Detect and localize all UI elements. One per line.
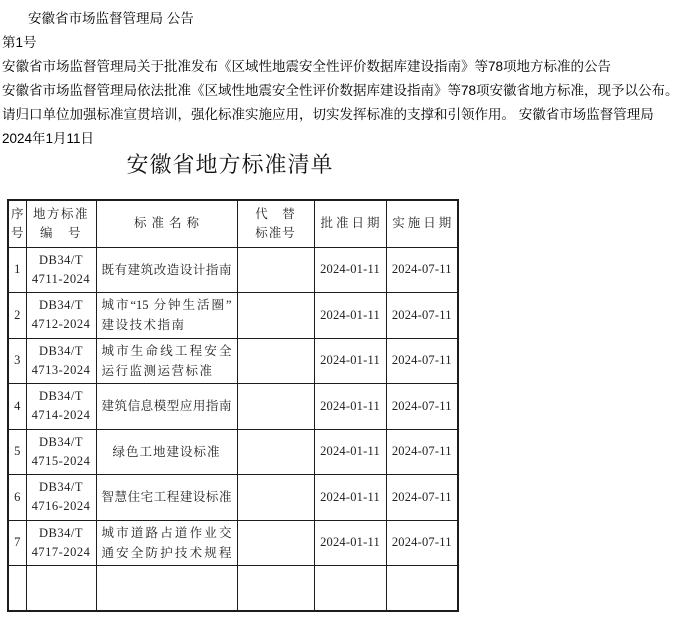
table-row: 4DB34/T4714-2024建筑信息模型应用指南2024-01-112024…	[8, 384, 458, 430]
notice-subject: 安徽省市场监督管理局关于批准发布《区域性地震安全性评价数据库建设指南》等78项地…	[2, 55, 697, 79]
code-cell	[26, 566, 96, 612]
standards-table-header: 序号地方标准编 号标准名称代 替标准号批准日期实施日期	[8, 200, 458, 247]
replaced-cell	[237, 475, 314, 521]
code-cell: DB34/T4716-2024	[26, 475, 96, 521]
implementation-date-cell: 2024-07-11	[386, 293, 458, 339]
name-cell: 城市生命线工程安全运行监测运营标准	[96, 338, 237, 384]
code-cell: DB34/T4715-2024	[26, 429, 96, 475]
table-row: 7DB34/T4717-2024城市道路占道作业交通安全防护技术规程2024-0…	[8, 520, 458, 566]
approval-date-cell: 2024-01-11	[314, 429, 386, 475]
notice-body-line-1: 安徽省市场监督管理局依法批准《区域性地震安全性评价数据库建设指南》等78项安徽省…	[2, 79, 697, 103]
name-cell: 城市道路占道作业交通安全防护技术规程	[96, 520, 237, 566]
seq-cell: 1	[8, 247, 26, 293]
seq-cell: 3	[8, 338, 26, 384]
implementation-date-cell: 2024-07-11	[386, 384, 458, 430]
implementation-date-cell: 2024-07-11	[386, 429, 458, 475]
table-row: 1DB34/T4711-2024既有建筑改造设计指南2024-01-112024…	[8, 247, 458, 293]
approval-date-cell: 2024-01-11	[314, 247, 386, 293]
code-cell: DB34/T4711-2024	[26, 247, 96, 293]
notice-block: 安徽省市场监督管理局 公告 第1号 安徽省市场监督管理局关于批准发布《区域性地震…	[0, 0, 697, 151]
replaced-cell	[237, 247, 314, 293]
name-cell: 城市“15 分钟生活圈”建设技术指南	[96, 293, 237, 339]
approval-date-cell: 2024-01-11	[314, 520, 386, 566]
standards-table-body: 1DB34/T4711-2024既有建筑改造设计指南2024-01-112024…	[8, 247, 458, 611]
code-cell: DB34/T4714-2024	[26, 384, 96, 430]
code-cell: DB34/T4713-2024	[26, 338, 96, 384]
seq-cell	[8, 566, 26, 612]
notice-body-line-2: 请归口单位加强标准宣贯培训，强化标准实施应用，切实发挥标准的支撑和引领作用。 安…	[2, 103, 697, 127]
seq-cell: 2	[8, 293, 26, 339]
replaced-cell	[237, 384, 314, 430]
notice-agency-title: 安徽省市场监督管理局 公告	[2, 7, 697, 31]
code-cell: DB34/T4712-2024	[26, 293, 96, 339]
seq-cell: 5	[8, 429, 26, 475]
replaced-cell	[237, 566, 314, 612]
announcement-page: 安徽省市场监督管理局 公告 第1号 安徽省市场监督管理局关于批准发布《区域性地震…	[0, 0, 697, 612]
col-header-code: 地方标准编 号	[26, 200, 96, 247]
replaced-cell	[237, 429, 314, 475]
implementation-date-cell	[386, 566, 458, 612]
seq-cell: 6	[8, 475, 26, 521]
col-header-name: 标准名称	[96, 200, 237, 247]
standards-table: 序号地方标准编 号标准名称代 替标准号批准日期实施日期 1DB34/T4711-…	[7, 199, 459, 612]
approval-date-cell: 2024-01-11	[314, 293, 386, 339]
col-header-no: 序号	[8, 200, 26, 247]
implementation-date-cell: 2024-07-11	[386, 520, 458, 566]
name-cell: 建筑信息模型应用指南	[96, 384, 237, 430]
table-row: 3DB34/T4713-2024城市生命线工程安全运行监测运营标准2024-01…	[8, 338, 458, 384]
approval-date-cell: 2024-01-11	[314, 338, 386, 384]
name-cell: 既有建筑改造设计指南	[96, 247, 237, 293]
col-header-replaced: 代 替标准号	[237, 200, 314, 247]
name-cell	[96, 566, 237, 612]
code-cell: DB34/T4717-2024	[26, 520, 96, 566]
notice-date: 2024年1月11日	[2, 127, 697, 151]
approval-date-cell	[314, 566, 386, 612]
seq-cell: 7	[8, 520, 26, 566]
replaced-cell	[237, 338, 314, 384]
name-cell: 绿色工地建设标准	[96, 429, 237, 475]
replaced-cell	[237, 520, 314, 566]
col-header-implementation: 实施日期	[386, 200, 458, 247]
list-title: 安徽省地方标准清单	[0, 151, 460, 179]
seq-cell: 4	[8, 384, 26, 430]
table-row: 6DB34/T4716-2024智慧住宅工程建设标准2024-01-112024…	[8, 475, 458, 521]
table-row	[8, 566, 458, 612]
implementation-date-cell: 2024-07-11	[386, 247, 458, 293]
implementation-date-cell: 2024-07-11	[386, 475, 458, 521]
approval-date-cell: 2024-01-11	[314, 475, 386, 521]
implementation-date-cell: 2024-07-11	[386, 338, 458, 384]
notice-number: 第1号	[2, 31, 697, 55]
replaced-cell	[237, 293, 314, 339]
standards-table-header-row: 序号地方标准编 号标准名称代 替标准号批准日期实施日期	[8, 200, 458, 247]
approval-date-cell: 2024-01-11	[314, 384, 386, 430]
table-row: 2DB34/T4712-2024城市“15 分钟生活圈”建设技术指南2024-0…	[8, 293, 458, 339]
table-row: 5DB34/T4715-2024绿色工地建设标准2024-01-112024-0…	[8, 429, 458, 475]
name-cell: 智慧住宅工程建设标准	[96, 475, 237, 521]
col-header-approval: 批准日期	[314, 200, 386, 247]
